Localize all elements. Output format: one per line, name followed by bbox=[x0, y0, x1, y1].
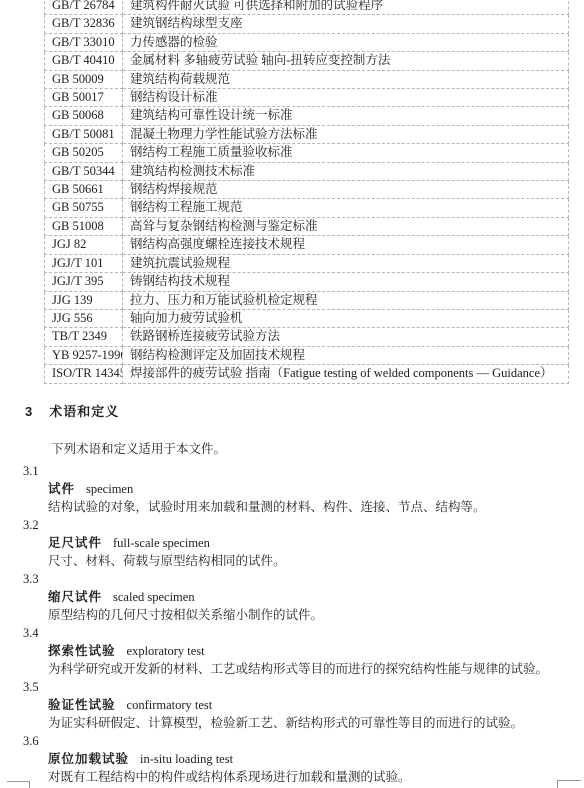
standard-title: 建筑结构可靠性设计统一标准 bbox=[123, 107, 569, 125]
term-name-en: exploratory test bbox=[127, 644, 205, 658]
page-margin-mark-left-icon bbox=[7, 781, 30, 788]
standard-code: JGJ 82 bbox=[45, 236, 123, 254]
term-name-zh: 验证性试验 bbox=[48, 698, 116, 712]
table-row: GB 50661 钢结构焊接规范 bbox=[45, 181, 569, 199]
term-name-zh: 缩尺试件 bbox=[48, 590, 102, 604]
intro-paragraph: 下列术语和定义适用于本文件。 bbox=[51, 441, 226, 457]
table-row: GB/T 40410 金属材料 多轴疲劳试验 轴向-扭转应变控制方法 bbox=[45, 52, 569, 70]
term-name-zh: 足尺试件 bbox=[48, 536, 102, 550]
standard-title: 建筑抗震试验规程 bbox=[123, 254, 569, 272]
standard-title: 建筑结构荷载规范 bbox=[123, 70, 569, 88]
term-name: 足尺试件full-scale specimen bbox=[0, 534, 584, 552]
section-number: 3 bbox=[25, 404, 32, 419]
standard-code: GB/T 33010 bbox=[45, 33, 123, 51]
term-name: 原位加载试验in-situ loading test bbox=[0, 750, 584, 768]
term-name-en: full-scale specimen bbox=[113, 536, 210, 550]
term-name: 探索性试验exploratory test bbox=[0, 642, 584, 660]
term-name-en: confirmatory test bbox=[127, 698, 213, 712]
table-row: JJG 139 拉力、压力和万能试验机检定规程 bbox=[45, 291, 569, 309]
table-row: GB 50205 钢结构工程施工质量验收标准 bbox=[45, 144, 569, 162]
table-row: GB 50009 建筑结构荷载规范 bbox=[45, 70, 569, 88]
term-name-zh: 试件 bbox=[48, 482, 75, 496]
table-row: GB 51008 高耸与复杂钢结构检测与鉴定标准 bbox=[45, 217, 569, 235]
standard-code: GB/T 32836 bbox=[45, 15, 123, 33]
term-name-en: scaled specimen bbox=[113, 590, 195, 604]
term-block: 3.2 足尺试件full-scale specimen 尺寸、材料、荷载与原型结… bbox=[0, 516, 584, 570]
section-heading: 3术语和定义 bbox=[25, 401, 119, 420]
table-row: GB/T 33010 力传感器的检验 bbox=[45, 33, 569, 51]
term-number: 3.1 bbox=[0, 462, 584, 480]
document-page: GB/T 26784 建筑构件耐火试验 可供选择和附加的试验程序 GB/T 32… bbox=[0, 0, 584, 788]
table-row: TB/T 2349 铁路钢桥连接疲劳试验方法 bbox=[45, 328, 569, 346]
term-block: 3.3 缩尺试件scaled specimen 原型结构的几何尺寸按相似关系缩小… bbox=[0, 570, 584, 624]
term-name-en: specimen bbox=[86, 482, 133, 496]
standard-title: 钢结构检测评定及加固技术规程 bbox=[123, 346, 569, 364]
standard-code: GB 50068 bbox=[45, 107, 123, 125]
page-margin-mark-right-icon bbox=[557, 780, 581, 788]
term-definition: 对既有工程结构中的构件或结构体系现场进行加载和量测的试验。 bbox=[0, 768, 584, 786]
term-definition: 结构试验的对象，试验时用来加载和量测的材料、构件、连接、节点、结构等。 bbox=[0, 498, 584, 516]
term-name-en: in-situ loading test bbox=[140, 752, 233, 766]
table-row: GB 50068 建筑结构可靠性设计统一标准 bbox=[45, 107, 569, 125]
table-row: JJG 556 轴向加力疲劳试验机 bbox=[45, 309, 569, 327]
table-row: GB/T 50344 建筑结构检测技术标准 bbox=[45, 162, 569, 180]
table-row: JGJ 82 钢结构高强度螺栓连接技术规程 bbox=[45, 236, 569, 254]
standard-title: 钢结构设计标准 bbox=[123, 89, 569, 107]
table-row: ISO/TR 14345 焊接部件的疲劳试验 指南（Fatigue testin… bbox=[45, 365, 569, 383]
standard-code: GB/T 50081 bbox=[45, 125, 123, 143]
table-row: YB 9257-1996 钢结构检测评定及加固技术规程 bbox=[45, 346, 569, 364]
terms-list: 3.1 试件specimen 结构试验的对象，试验时用来加载和量测的材料、构件、… bbox=[0, 462, 584, 786]
term-name-zh: 探索性试验 bbox=[48, 644, 116, 658]
standard-code: JGJ/T 395 bbox=[45, 273, 123, 291]
standard-code: ISO/TR 14345 bbox=[45, 365, 123, 383]
standard-title: 高耸与复杂钢结构检测与鉴定标准 bbox=[123, 217, 569, 235]
standard-title: 混凝土物理力学性能试验方法标准 bbox=[123, 125, 569, 143]
term-block: 3.6 原位加载试验in-situ loading test 对既有工程结构中的… bbox=[0, 732, 584, 786]
standard-title: 钢结构焊接规范 bbox=[123, 181, 569, 199]
standard-title: 钢结构工程施工质量验收标准 bbox=[123, 144, 569, 162]
standard-title: 焊接部件的疲劳试验 指南（Fatigue testing of welded c… bbox=[123, 365, 569, 383]
standard-title: 铁路钢桥连接疲劳试验方法 bbox=[123, 328, 569, 346]
standard-code: GB 50017 bbox=[45, 89, 123, 107]
standard-title: 建筑结构检测技术标准 bbox=[123, 162, 569, 180]
term-number: 3.4 bbox=[0, 624, 584, 642]
term-block: 3.5 验证性试验confirmatory test 为证实科研假定、计算模型，… bbox=[0, 678, 584, 732]
standard-title: 铸钢结构技术规程 bbox=[123, 273, 569, 291]
standard-code: JGJ/T 101 bbox=[45, 254, 123, 272]
term-name: 试件specimen bbox=[0, 480, 584, 498]
table-row: GB/T 32836 建筑钢结构球型支座 bbox=[45, 15, 569, 33]
standard-title: 拉力、压力和万能试验机检定规程 bbox=[123, 291, 569, 309]
term-definition: 为科学研究或开发新的材料、工艺或结构形式等目的而进行的探究结构性能与规律的试验。 bbox=[0, 660, 584, 678]
term-number: 3.5 bbox=[0, 678, 584, 696]
standard-title: 力传感器的检验 bbox=[123, 33, 569, 51]
table-row: GB/T 50081 混凝土物理力学性能试验方法标准 bbox=[45, 125, 569, 143]
standard-code: GB/T 50344 bbox=[45, 162, 123, 180]
standard-title: 钢结构工程施工规范 bbox=[123, 199, 569, 217]
term-number: 3.6 bbox=[0, 732, 584, 750]
term-block: 3.4 探索性试验exploratory test 为科学研究或开发新的材料、工… bbox=[0, 624, 584, 678]
standard-title: 建筑钢结构球型支座 bbox=[123, 15, 569, 33]
standard-title: 轴向加力疲劳试验机 bbox=[123, 309, 569, 327]
term-name: 缩尺试件scaled specimen bbox=[0, 588, 584, 606]
referenced-standards-table: GB/T 26784 建筑构件耐火试验 可供选择和附加的试验程序 GB/T 32… bbox=[44, 0, 569, 384]
standard-code: TB/T 2349 bbox=[45, 328, 123, 346]
term-number: 3.2 bbox=[0, 516, 584, 534]
standard-code: GB 50009 bbox=[45, 70, 123, 88]
section-title: 术语和定义 bbox=[49, 404, 119, 419]
term-definition: 尺寸、材料、荷载与原型结构相同的试件。 bbox=[0, 552, 584, 570]
standard-title: 建筑构件耐火试验 可供选择和附加的试验程序 bbox=[123, 0, 569, 15]
standard-title: 金属材料 多轴疲劳试验 轴向-扭转应变控制方法 bbox=[123, 52, 569, 70]
standard-title: 钢结构高强度螺栓连接技术规程 bbox=[123, 236, 569, 254]
standard-code: GB 50661 bbox=[45, 181, 123, 199]
standard-code: YB 9257-1996 bbox=[45, 346, 123, 364]
standard-code: JJG 556 bbox=[45, 309, 123, 327]
term-name: 验证性试验confirmatory test bbox=[0, 696, 584, 714]
standard-code: JJG 139 bbox=[45, 291, 123, 309]
standard-code: GB 51008 bbox=[45, 217, 123, 235]
standard-code: GB 50205 bbox=[45, 144, 123, 162]
term-block: 3.1 试件specimen 结构试验的对象，试验时用来加载和量测的材料、构件、… bbox=[0, 462, 584, 516]
standard-code: GB/T 26784 bbox=[45, 0, 123, 15]
table-row: JGJ/T 101 建筑抗震试验规程 bbox=[45, 254, 569, 272]
table-row: GB 50017 钢结构设计标准 bbox=[45, 89, 569, 107]
term-name-zh: 原位加载试验 bbox=[48, 752, 129, 766]
table-row: GB 50755 钢结构工程施工规范 bbox=[45, 199, 569, 217]
term-definition: 为证实科研假定、计算模型，检验新工艺、新结构形式的可靠性等目的而进行的试验。 bbox=[0, 714, 584, 732]
term-number: 3.3 bbox=[0, 570, 584, 588]
standard-code: GB/T 40410 bbox=[45, 52, 123, 70]
table-row: GB/T 26784 建筑构件耐火试验 可供选择和附加的试验程序 bbox=[45, 0, 569, 15]
table-row: JGJ/T 395 铸钢结构技术规程 bbox=[45, 273, 569, 291]
term-definition: 原型结构的几何尺寸按相似关系缩小制作的试件。 bbox=[0, 606, 584, 624]
standard-code: GB 50755 bbox=[45, 199, 123, 217]
